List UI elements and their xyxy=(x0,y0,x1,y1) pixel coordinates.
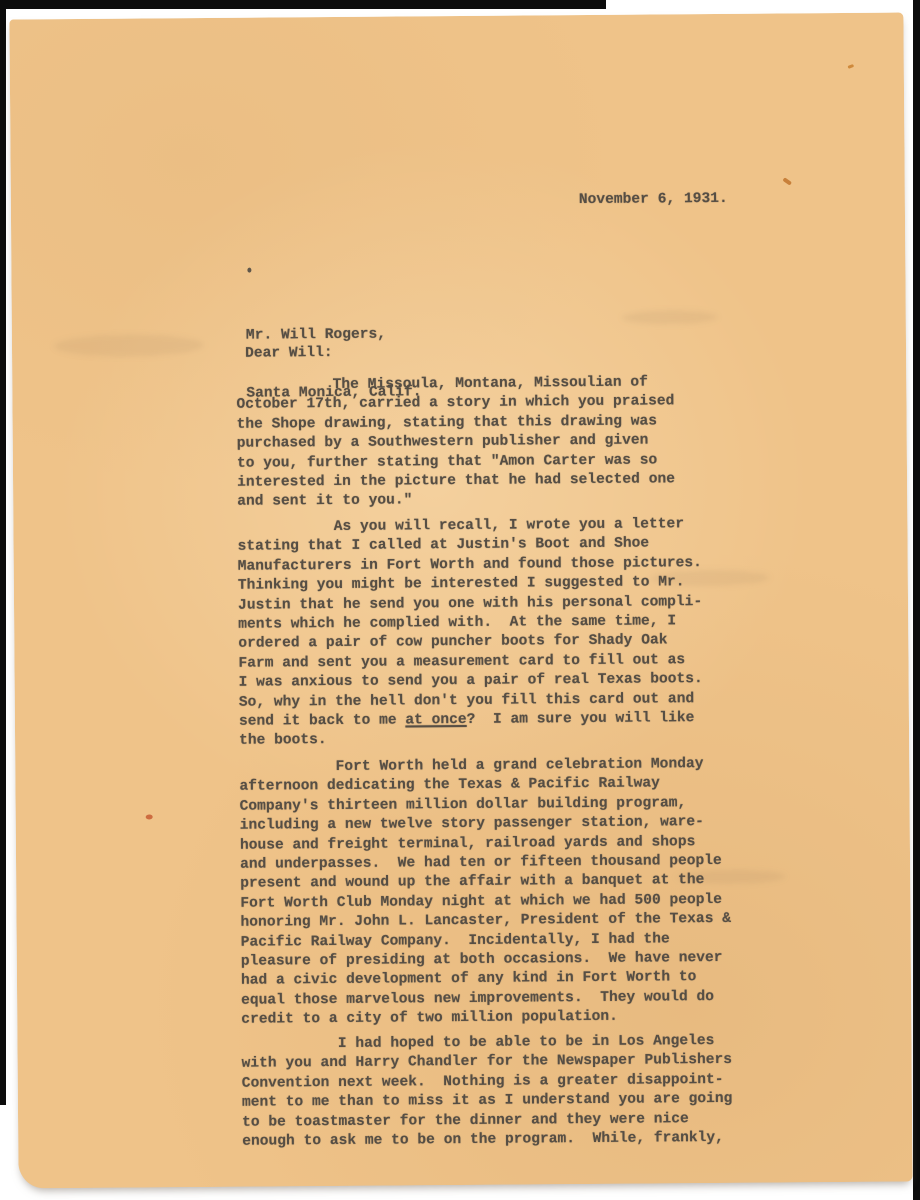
letter-paragraph-2: As you will recall, I wrote you a letter… xyxy=(237,515,703,752)
letter-line: credit to a city of two million populati… xyxy=(241,1007,732,1030)
scan-border-right xyxy=(913,0,920,1200)
letter-line: the boots. xyxy=(239,729,703,752)
salutation: Dear Will: xyxy=(245,344,333,364)
bleedthrough-smudge xyxy=(54,334,204,357)
letter-paragraph-3: Fort Worth held a grand celebration Mond… xyxy=(239,755,732,1031)
scan-background: November 6, 1931. Mr. Will Rogers, Santa… xyxy=(0,0,920,1200)
letter-paragraph-4: I had hoped to be able to be in Los Ange… xyxy=(241,1032,732,1152)
rust-speck xyxy=(146,814,153,819)
scan-border-left xyxy=(0,0,6,1105)
letter-paper: November 6, 1931. Mr. Will Rogers, Santa… xyxy=(9,13,912,1189)
recipient-name: Mr. Will Rogers, xyxy=(246,325,421,346)
underlined-text: at once xyxy=(405,712,466,728)
rust-speck xyxy=(782,177,792,185)
letter-paragraph-1: The Missoula, Montana, Missoulian ofOcto… xyxy=(236,373,675,512)
scan-border-top xyxy=(0,0,606,9)
letter-date: November 6, 1931. xyxy=(579,190,728,211)
ink-speck xyxy=(247,268,251,273)
letter-line: interested in the picture that he had se… xyxy=(237,470,675,493)
rust-speck xyxy=(847,64,854,69)
bleedthrough-smudge xyxy=(622,310,718,325)
letter-line: enough to ask me to be on the program. W… xyxy=(242,1129,733,1152)
letter-line: and sent it to you." xyxy=(237,490,675,513)
